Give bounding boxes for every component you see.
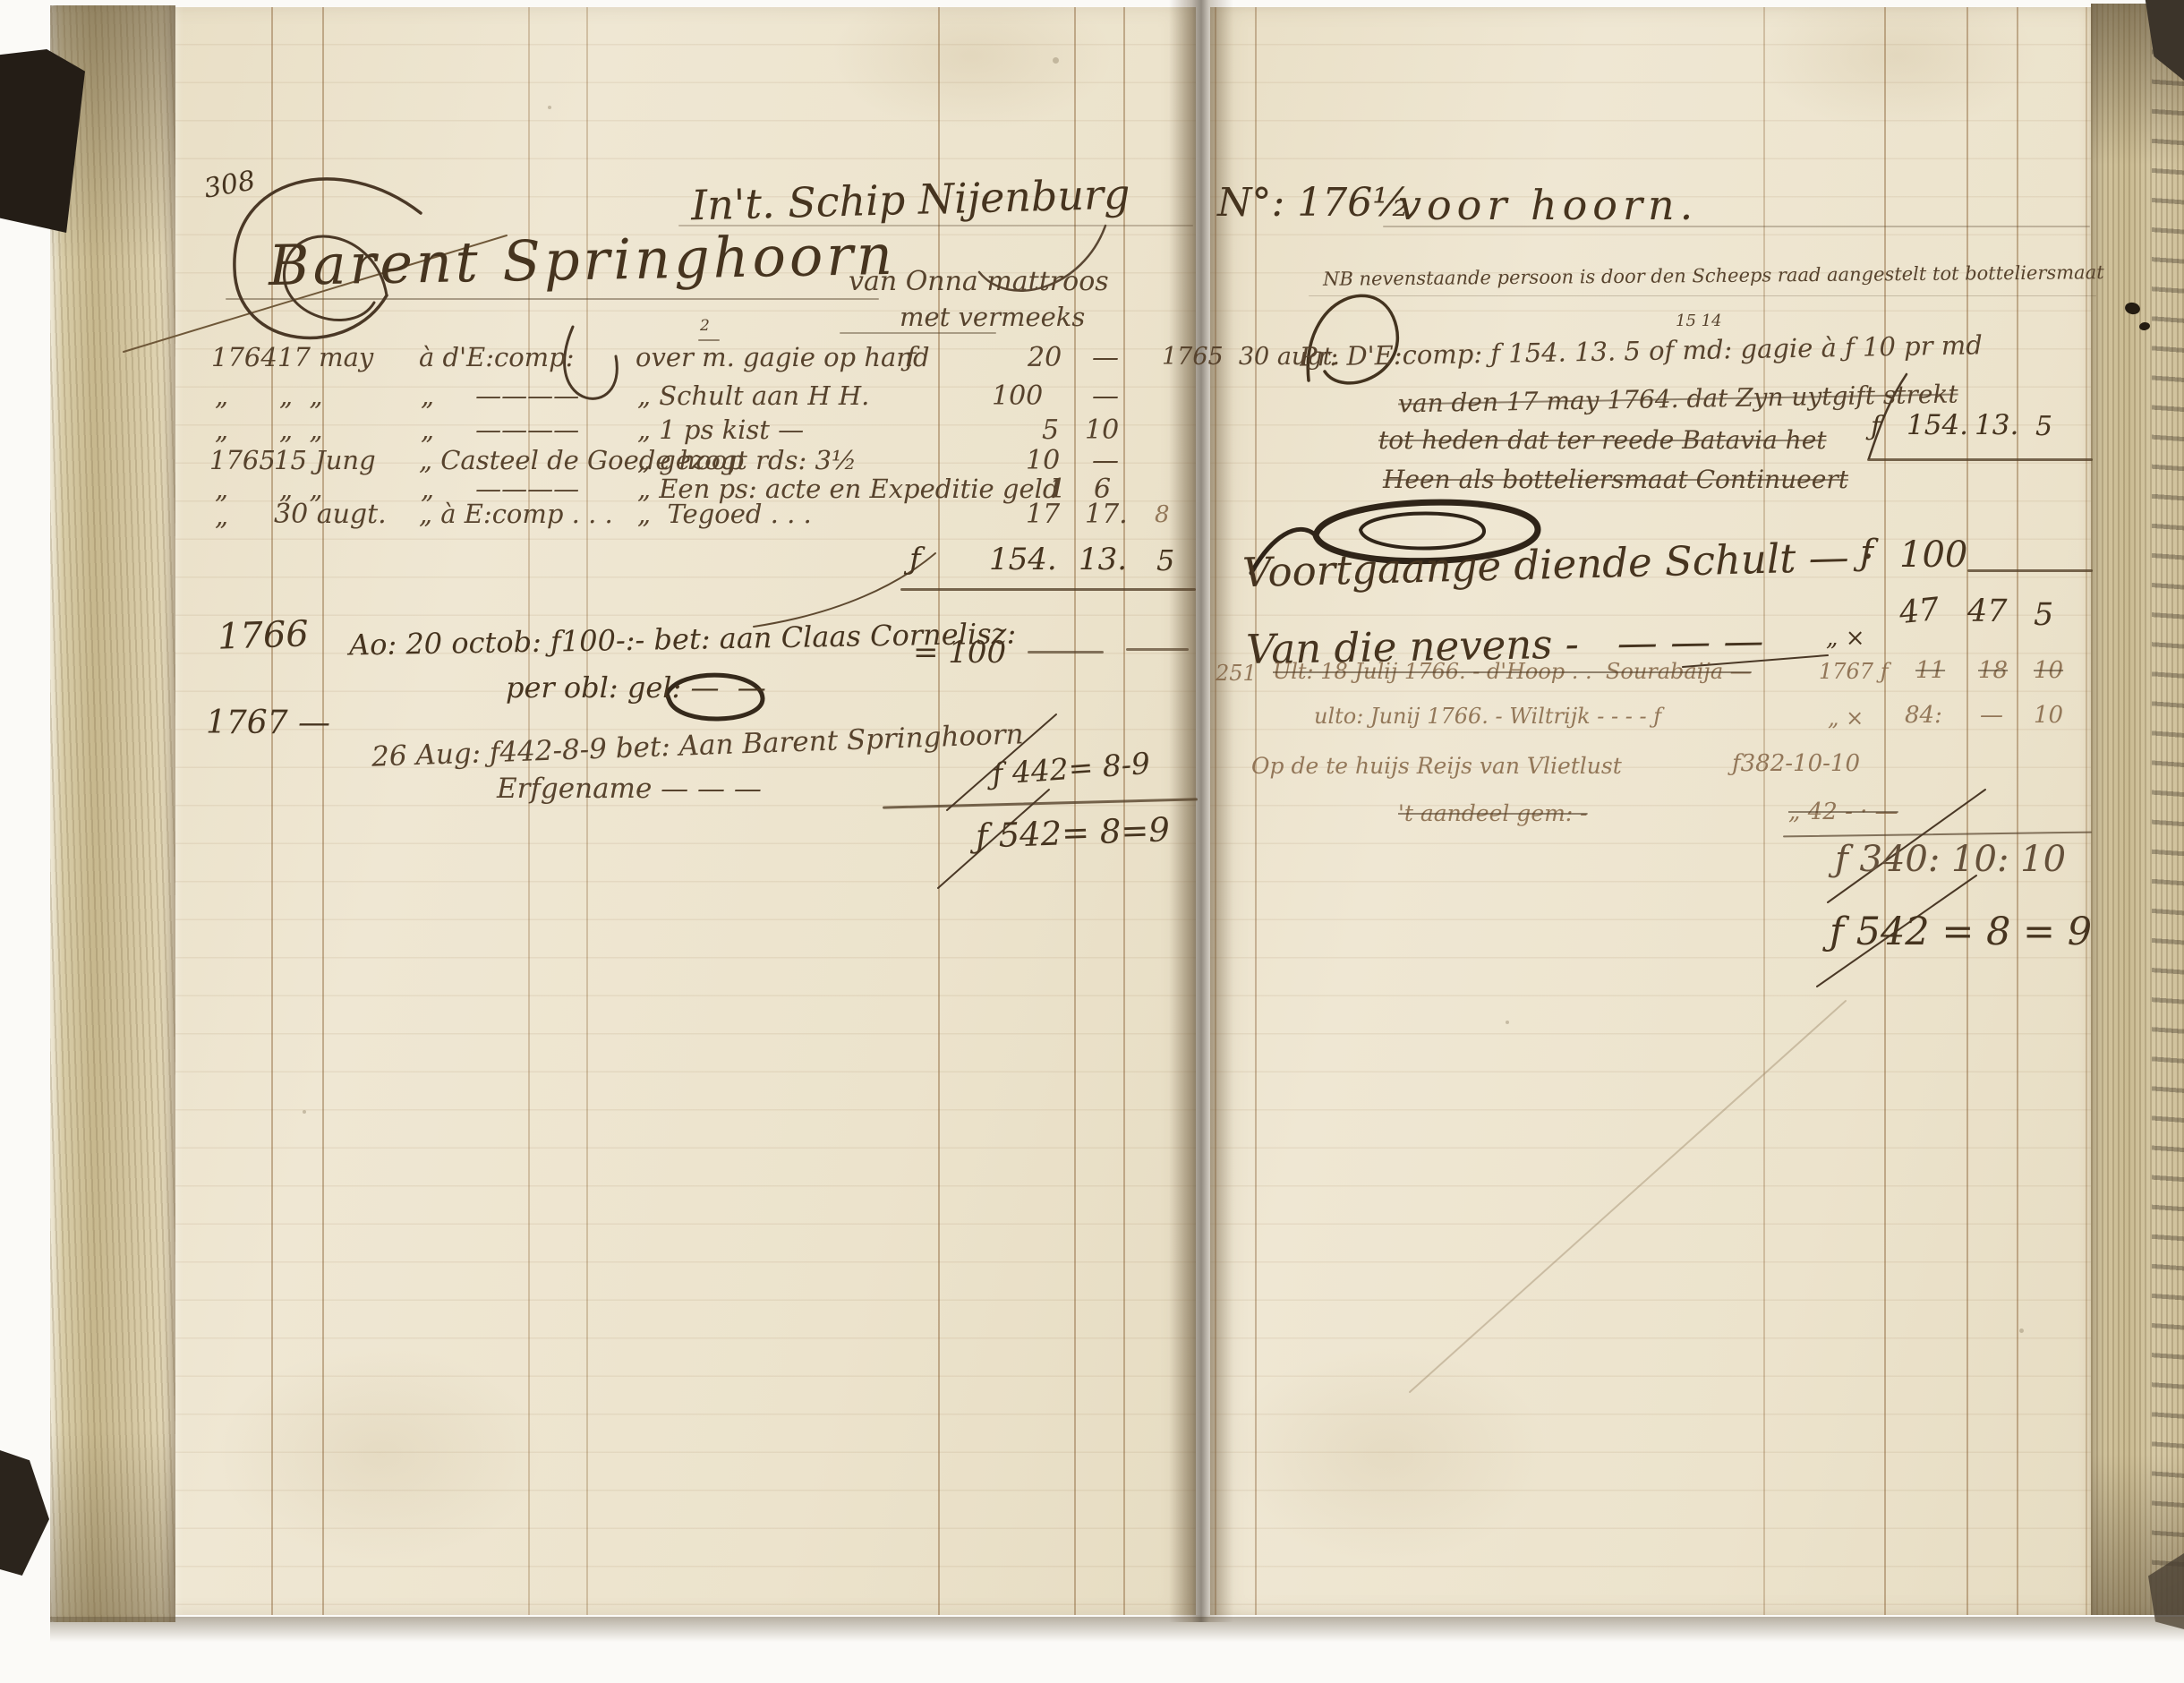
book-gutter — [1169, 0, 1233, 1622]
row-stuivers: 10 — [1085, 417, 1119, 444]
transfer-penningen: 10 — [2034, 659, 2063, 682]
page-stain — [303, 1110, 306, 1114]
chamber-header: voor hoorn. — [1398, 184, 1698, 226]
carried-over-v2: 47 — [1967, 596, 2008, 628]
vermeeks-underline — [840, 332, 996, 334]
transfer-guilders: 84: — [1905, 704, 1942, 727]
origin-and-rank: van Onna mattroos — [849, 269, 1109, 295]
page-stain — [1506, 1021, 1509, 1024]
subtotal-rule — [900, 588, 1196, 591]
row-day: 30 augt. — [274, 501, 387, 528]
transfer-guilders: 11 — [1915, 659, 1945, 682]
payment-1766-amount: = 100 — [913, 637, 1006, 668]
row-description: „ 1 ps kist — — [637, 417, 804, 443]
rank-note: met vermeeks — [900, 304, 1085, 330]
transfer-row-year: „ × — [1828, 707, 1864, 729]
ledger-book-spread: 308 In't. Schip Nijenburg Barent Springh… — [0, 0, 2184, 1683]
right-page-subtotal: ƒ 340: 10: 10 — [1835, 841, 2066, 877]
share-row-text: 't aandeel gem: - — [1398, 802, 1588, 824]
schult-dash — [1967, 569, 2093, 572]
folio-reference-number: N°: 176½ — [1217, 184, 1411, 223]
page-stain — [548, 106, 551, 109]
payment-1766-line2: per obl: gel: — — — [506, 673, 766, 702]
note-underline — [1309, 295, 2096, 296]
row-stuivers: — — [1092, 383, 1119, 410]
row-description: „ gezogt rds: 3½ — [637, 448, 857, 474]
right-page-total: ƒ 542 = 8 = 9 — [1830, 913, 2092, 952]
row-account: „ à E:comp . . . — [419, 501, 613, 527]
superscript-underline — [698, 339, 720, 341]
credit-amount-rule — [1867, 458, 2093, 461]
subtotal-penningen: 5 — [1156, 546, 1174, 575]
row-account: „ ———— — [421, 383, 579, 409]
carried-over-mark: „ × — [1826, 627, 1865, 650]
homeward-voyage-text: Op de te huijs Reijs van Vlietlust — [1251, 755, 1622, 777]
row-guilders: 20 — [1028, 345, 1062, 372]
credit-florin: ƒ — [1871, 414, 1881, 440]
row-stuivers: — — [1092, 345, 1119, 372]
row-stuivers: 17. — [1085, 501, 1128, 528]
debt-florin: ƒ — [1860, 535, 1873, 571]
entry-year-1766: 1766 — [217, 616, 309, 655]
homeward-voyage-amount: ƒ382-10-10 — [1732, 752, 1860, 775]
left-page-total: ƒ 542= 8=9 — [975, 813, 1170, 853]
amount-column-rule — [1966, 7, 1968, 1615]
column-rule — [1255, 7, 1257, 1615]
transfer-row-year: 1767 ƒ — [1819, 661, 1889, 682]
row-description: „ Schult aan H H. — [637, 383, 869, 409]
cover-corner-bottom-left — [0, 1450, 49, 1576]
row-florin: ƒ — [906, 345, 916, 372]
row-year: „ — [215, 503, 228, 529]
payment-dash — [1028, 651, 1104, 654]
row-day: „ „ — [279, 417, 322, 443]
credit-guilders: 154. — [1907, 412, 1968, 440]
row-year: „ — [215, 476, 228, 502]
row-guilders: 17 — [1026, 501, 1060, 528]
row-year: „ — [215, 383, 228, 409]
carried-over-v3: 5 — [2034, 600, 2053, 631]
amount-column-rule — [2086, 7, 2087, 1615]
row-account: à d'E:comp: — [419, 345, 575, 371]
transfer-row-text: ulto: Junij 1766. - Wiltrijk - - - - ƒ — [1314, 705, 1661, 727]
debt-guilders: 100 — [1899, 537, 1967, 573]
page-stain — [1053, 57, 1059, 64]
transfer-penningen: 10 — [2034, 704, 2063, 727]
name-underline — [226, 298, 879, 300]
row-stuivers: — — [1092, 448, 1119, 474]
subtotal-guilders: 154. — [989, 544, 1057, 575]
book-bottom-shadow — [50, 1617, 2184, 1642]
credit-entry-line4: Heen als botteliersmaat Continueert — [1383, 467, 1848, 492]
transfer-stuivers: — — [1980, 704, 2003, 727]
row-margin-number: 251 — [1216, 662, 1257, 684]
row-penningen: 8 — [1155, 503, 1170, 526]
carried-over-v1: 47 — [1898, 594, 1941, 629]
row-guilders: 100 — [992, 383, 1043, 410]
column-rule — [1763, 7, 1765, 1615]
amount-column-rule — [938, 7, 940, 1615]
amount-column-rule — [1074, 7, 1076, 1615]
transfer-row-text: Ult: 18 Julij 1766. - d'Hoop . . Souraba… — [1273, 661, 1752, 682]
row-year: 1765 — [209, 448, 276, 474]
row-year: 1764 — [211, 345, 277, 371]
row-day: 17 may — [277, 345, 373, 371]
row-guilders: 5 — [1042, 417, 1059, 444]
entry-year-1767: 1767 — — [206, 707, 330, 739]
ship-header: In't. Schip Nijenburg — [690, 174, 1130, 226]
row-day: „ „ — [279, 383, 322, 409]
row-year: „ — [215, 417, 228, 443]
row-account: „ ———— — [421, 417, 579, 443]
share-row-amount: „ 42 - · — — [1788, 800, 1898, 824]
fore-edge-tick-marks — [2152, 27, 2184, 1585]
subtotal-stuivers: 13. — [1079, 544, 1127, 575]
credit-penningen: 5 — [2035, 414, 2052, 440]
page-stain — [2019, 1328, 2024, 1333]
months-days-superscript: 15 14 — [1676, 313, 1722, 329]
row-description: over m. gagie op hand — [636, 345, 930, 371]
credit-entry-line3: tot heden dat ter reede Batavia het — [1378, 428, 1827, 453]
row-day: 15 Jung — [274, 448, 376, 474]
left-page-block-edges — [50, 5, 175, 1622]
transfer-stuivers: 18 — [1978, 659, 2008, 682]
payment-dash — [1126, 648, 1189, 651]
right-ledger-page — [1210, 7, 2091, 1615]
amount-column-rule — [2017, 7, 2018, 1615]
credit-stuivers: 13. — [1975, 412, 2018, 440]
row-guilders: 10 — [1026, 448, 1060, 474]
row-description: „ Tegoed . . . — [637, 501, 812, 527]
superscript-two: 2 — [700, 319, 710, 334]
payment-1767-line2: Erfgename — — — — [497, 775, 762, 803]
account-holder-name: Barent Springhoorn — [269, 227, 897, 294]
subtotal-florin: ƒ — [909, 544, 921, 575]
